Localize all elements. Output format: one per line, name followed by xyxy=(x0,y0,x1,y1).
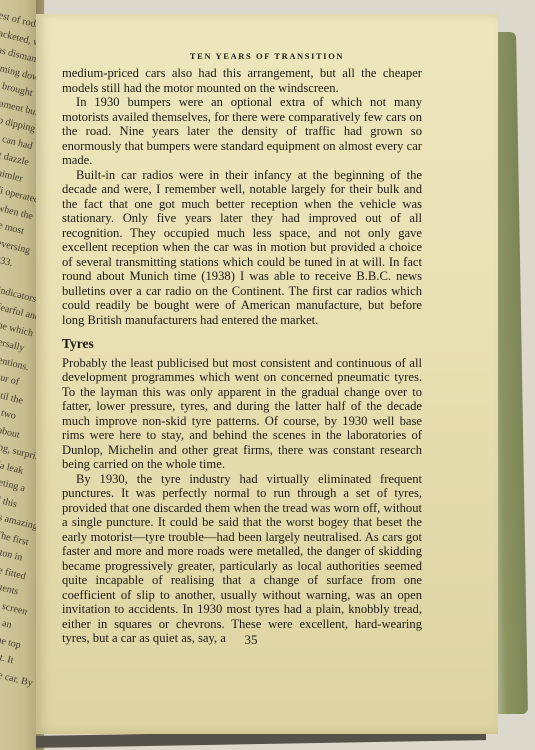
facing-page-text-fragment: n about xyxy=(0,423,21,441)
facing-page-text-fragment: ed an xyxy=(0,615,13,631)
facing-page-text-fragment: iversally xyxy=(0,335,25,354)
page-number: 35 xyxy=(36,632,466,648)
facing-page-text-fragment: The top xyxy=(0,633,22,651)
running-head: TEN YEARS OF TRANSITION xyxy=(36,51,498,61)
facing-page-text-fragment: ayton in xyxy=(0,545,24,564)
facing-page-text-fragment: nd this xyxy=(0,493,18,510)
facing-page-text-fragment: t is amazing xyxy=(0,510,39,532)
facing-page-text-fragment: or two xyxy=(0,405,17,422)
paragraph: By 1930, the tyre industry had virtually… xyxy=(62,472,422,646)
facing-page-text-fragment: ere fitted xyxy=(0,563,27,582)
book-page: TEN YEARS OF TRANSITION medium-priced ca… xyxy=(36,14,498,734)
section-heading: Tyres xyxy=(62,337,422,352)
facing-page-text-fragment: net. It xyxy=(0,650,15,666)
facing-page-text-fragment: ndi operated xyxy=(0,183,40,206)
facing-page-text-fragment: ort dazzle xyxy=(0,148,30,168)
paragraph: medium-priced cars also had this arrange… xyxy=(62,66,422,95)
paragraph: Probably the least publicised but most c… xyxy=(62,356,422,472)
facing-page-text-fragment: n indicators xyxy=(0,283,38,305)
facing-page-text-fragment: vour of xyxy=(0,370,20,388)
facing-page-text-fragment: Daimler xyxy=(0,166,24,185)
facing-page-text-fragment: patents xyxy=(0,580,19,598)
page-body: medium-priced cars also had this arrange… xyxy=(62,66,422,646)
facing-page-text-fragment: until the xyxy=(0,388,24,407)
paragraph: Built-in car radios were in their infanc… xyxy=(62,168,422,328)
facing-page-text-fragment: 1933. xyxy=(0,253,14,269)
facing-page-text-fragment: the car. By xyxy=(0,668,34,689)
facing-page-text-fragment: Reversing xyxy=(0,236,31,256)
facing-page-text-fragment: rketing a xyxy=(0,475,26,494)
facing-page-text-fragment: ntentions. xyxy=(0,353,30,373)
facing-page-text-fragment: the most xyxy=(0,218,25,237)
facing-page-text-fragment: he screen xyxy=(0,598,28,618)
facing-page-text-fragment: . The first xyxy=(0,528,30,548)
facing-page-text-fragment: s (a leak xyxy=(0,458,24,477)
paragraph: In 1930 bumpers were an optional extra o… xyxy=(62,95,422,168)
